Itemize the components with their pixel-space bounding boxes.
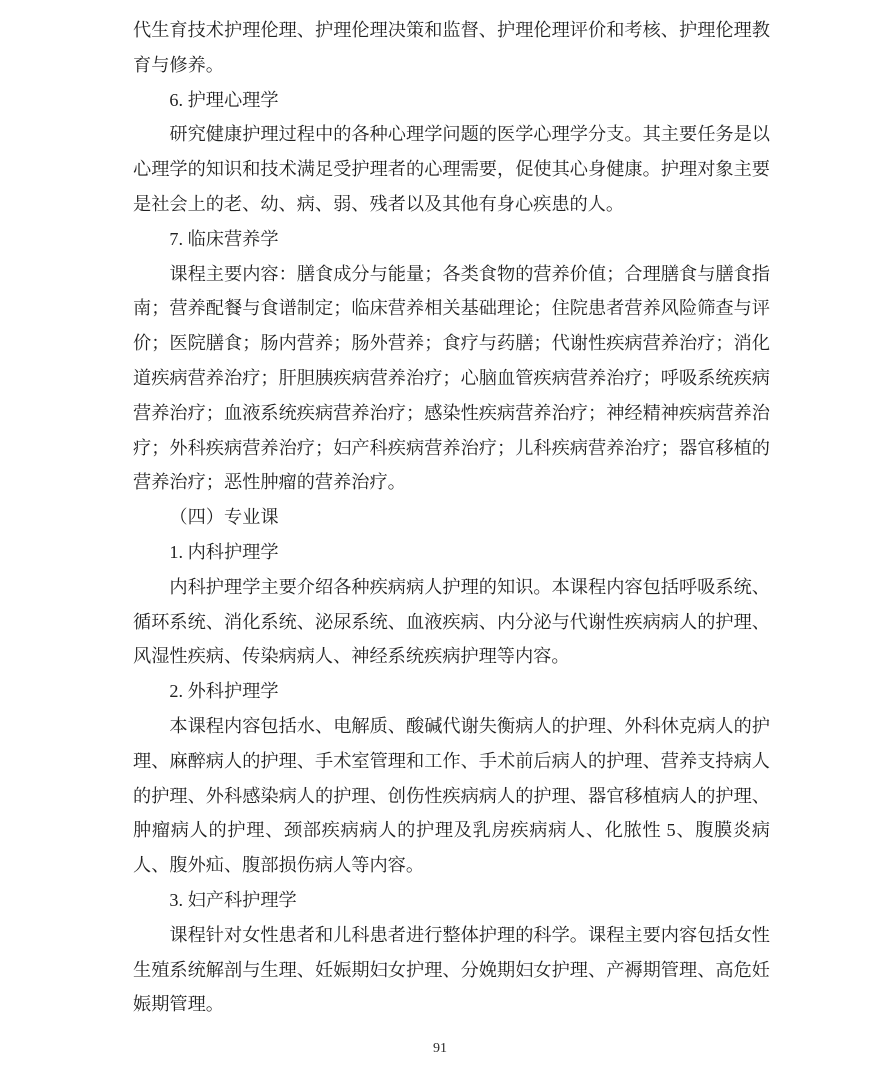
course-heading: 6. 护理心理学 bbox=[133, 83, 770, 118]
document-body: 代生育技术护理伦理、护理伦理决策和监督、护理伦理评价和考核、护理伦理教育与修养。… bbox=[133, 13, 770, 1022]
page-number: 91 bbox=[0, 1041, 880, 1057]
paragraph: 课程针对女性患者和儿科患者进行整体护理的科学。课程主要内容包括女性生殖系统解剖与… bbox=[133, 918, 770, 1022]
section-heading: （四）专业课 bbox=[133, 500, 770, 535]
document-page: 代生育技术护理伦理、护理伦理决策和监督、护理伦理评价和考核、护理伦理教育与修养。… bbox=[0, 0, 880, 1084]
course-heading: 2. 外科护理学 bbox=[133, 674, 770, 709]
course-heading: 1. 内科护理学 bbox=[133, 535, 770, 570]
paragraph: 本课程内容包括水、电解质、酸碱代谢失衡病人的护理、外科休克病人的护理、麻醉病人的… bbox=[133, 709, 770, 883]
paragraph: 课程主要内容：膳食成分与能量；各类食物的营养价值；合理膳食与膳食指南；营养配餐与… bbox=[133, 257, 770, 501]
course-heading: 7. 临床营养学 bbox=[133, 222, 770, 257]
course-heading: 3. 妇产科护理学 bbox=[133, 883, 770, 918]
paragraph: 研究健康护理过程中的各种心理学问题的医学心理学分支。其主要任务是以心理学的知识和… bbox=[133, 117, 770, 221]
paragraph-continuation: 代生育技术护理伦理、护理伦理决策和监督、护理伦理评价和考核、护理伦理教育与修养。 bbox=[133, 13, 770, 83]
paragraph: 内科护理学主要介绍各种疾病病人护理的知识。本课程内容包括呼吸系统、循环系统、消化… bbox=[133, 570, 770, 674]
